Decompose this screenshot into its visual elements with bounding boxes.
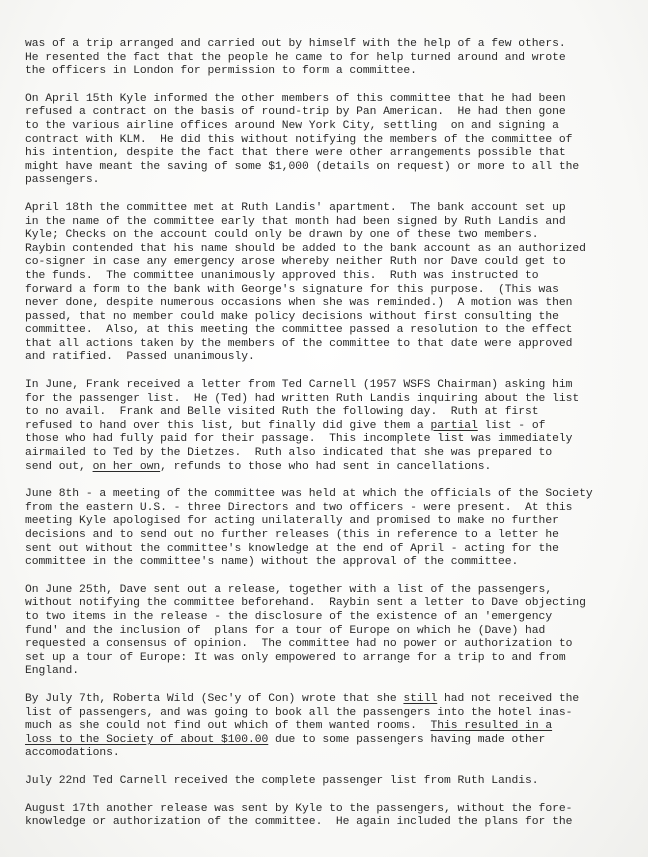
text-line: On April 15th Kyle informed the other me… xyxy=(25,93,635,107)
text-line: accomodations. xyxy=(25,747,635,761)
text-line: sent out without the committee's knowled… xyxy=(25,543,635,557)
text-line: for the passenger list. He (Ted) had wri… xyxy=(25,393,635,407)
text-line: August 17th another release was sent by … xyxy=(25,803,635,817)
text-line: committee in the committee's name) witho… xyxy=(25,556,635,570)
underlined-phrase: partial xyxy=(430,420,477,432)
paragraph-april-15: On April 15th Kyle informed the other me… xyxy=(25,93,635,188)
text-line: to no avail. Frank and Belle visited Rut… xyxy=(25,406,635,420)
text-line: meeting Kyle apologised for acting unila… xyxy=(25,515,635,529)
underlined-phrase: loss to the Society of about $100.00 xyxy=(25,734,268,746)
text-line: refused to hand over this list, but fina… xyxy=(25,420,635,434)
text-line: contract with KLM. He did this without n… xyxy=(25,134,635,148)
text-line: the funds. The committee unanimously app… xyxy=(25,270,635,284)
text-line: refused a contract on the basis of round… xyxy=(25,106,635,120)
text-line: requested a consensus of opinion. The co… xyxy=(25,638,635,652)
text-line: April 18th the committee met at Ruth Lan… xyxy=(25,202,635,216)
text-line: In June, Frank received a letter from Te… xyxy=(25,379,635,393)
text-line: was of a trip arranged and carried out b… xyxy=(25,38,635,52)
text-line: July 22nd Ted Carnell received the compl… xyxy=(25,775,635,789)
text-line: his intention, despite the fact that the… xyxy=(25,147,635,161)
text-line: in the name of the committee early that … xyxy=(25,216,635,230)
text-line: from the eastern U.S. - three Directors … xyxy=(25,502,635,516)
paragraph-june-25: On June 25th, Dave sent out a release, t… xyxy=(25,584,635,679)
text-line: Raybin contended that his name should be… xyxy=(25,243,635,257)
text-line: the officers in London for permission to… xyxy=(25,65,635,79)
document-body: was of a trip arranged and carried out b… xyxy=(25,38,635,844)
text-line: without notifying the committee beforeha… xyxy=(25,597,635,611)
text-line: forward a form to the bank with George's… xyxy=(25,284,635,298)
text-line: much as she could not find out which of … xyxy=(25,720,635,734)
paragraph-june-8: June 8th - a meeting of the committee wa… xyxy=(25,488,635,570)
text-line: send out, on her own, refunds to those w… xyxy=(25,461,635,475)
typewritten-page: was of a trip arranged and carried out b… xyxy=(0,0,648,857)
text-line: By July 7th, Roberta Wild (Sec'y of Con)… xyxy=(25,693,635,707)
text-line: England. xyxy=(25,665,635,679)
text-line: to the various airline offices around Ne… xyxy=(25,120,635,134)
text-line: those who had fully paid for their passa… xyxy=(25,433,635,447)
text-line: set up a tour of Europe: It was only emp… xyxy=(25,652,635,666)
text-line: never done, despite numerous occasions w… xyxy=(25,297,635,311)
text-line: co-signer in case any emergency arose wh… xyxy=(25,256,635,270)
underlined-phrase: still xyxy=(403,693,437,705)
text-line: that all actions taken by the members of… xyxy=(25,338,635,352)
text-line: decisions and to send out no further rel… xyxy=(25,529,635,543)
underlined-phrase: This resulted in a xyxy=(430,720,552,732)
text-line: and ratified. Passed unanimously. xyxy=(25,351,635,365)
text-line: He resented the fact that the people he … xyxy=(25,52,635,66)
paragraph-july-22: July 22nd Ted Carnell received the compl… xyxy=(25,775,635,789)
underlined-phrase: on her own xyxy=(93,461,161,473)
paragraph-august-17: August 17th another release was sent by … xyxy=(25,803,635,830)
text-line: passengers. xyxy=(25,174,635,188)
paragraph-april-18: April 18th the committee met at Ruth Lan… xyxy=(25,202,635,365)
text-line: list of passengers, and was going to boo… xyxy=(25,707,635,721)
text-line: committee. Also, at this meeting the com… xyxy=(25,324,635,338)
text-line: June 8th - a meeting of the committee wa… xyxy=(25,488,635,502)
paragraph-trip-arrangement: was of a trip arranged and carried out b… xyxy=(25,38,635,79)
text-line: to two items in the release - the disclo… xyxy=(25,611,635,625)
text-line: On June 25th, Dave sent out a release, t… xyxy=(25,584,635,598)
text-line: loss to the Society of about $100.00 due… xyxy=(25,734,635,748)
text-line: Kyle; Checks on the account could only b… xyxy=(25,229,635,243)
text-line: knowledge or authorization of the commit… xyxy=(25,816,635,830)
text-line: might have meant the saving of some $1,0… xyxy=(25,161,635,175)
text-line: airmailed to Ted by the Dietzes. Ruth al… xyxy=(25,447,635,461)
paragraph-june-letter: In June, Frank received a letter from Te… xyxy=(25,379,635,474)
text-line: fund' and the inclusion of plans for a t… xyxy=(25,625,635,639)
text-line: passed, that no member could make policy… xyxy=(25,311,635,325)
paragraph-july-7: By July 7th, Roberta Wild (Sec'y of Con)… xyxy=(25,693,635,761)
